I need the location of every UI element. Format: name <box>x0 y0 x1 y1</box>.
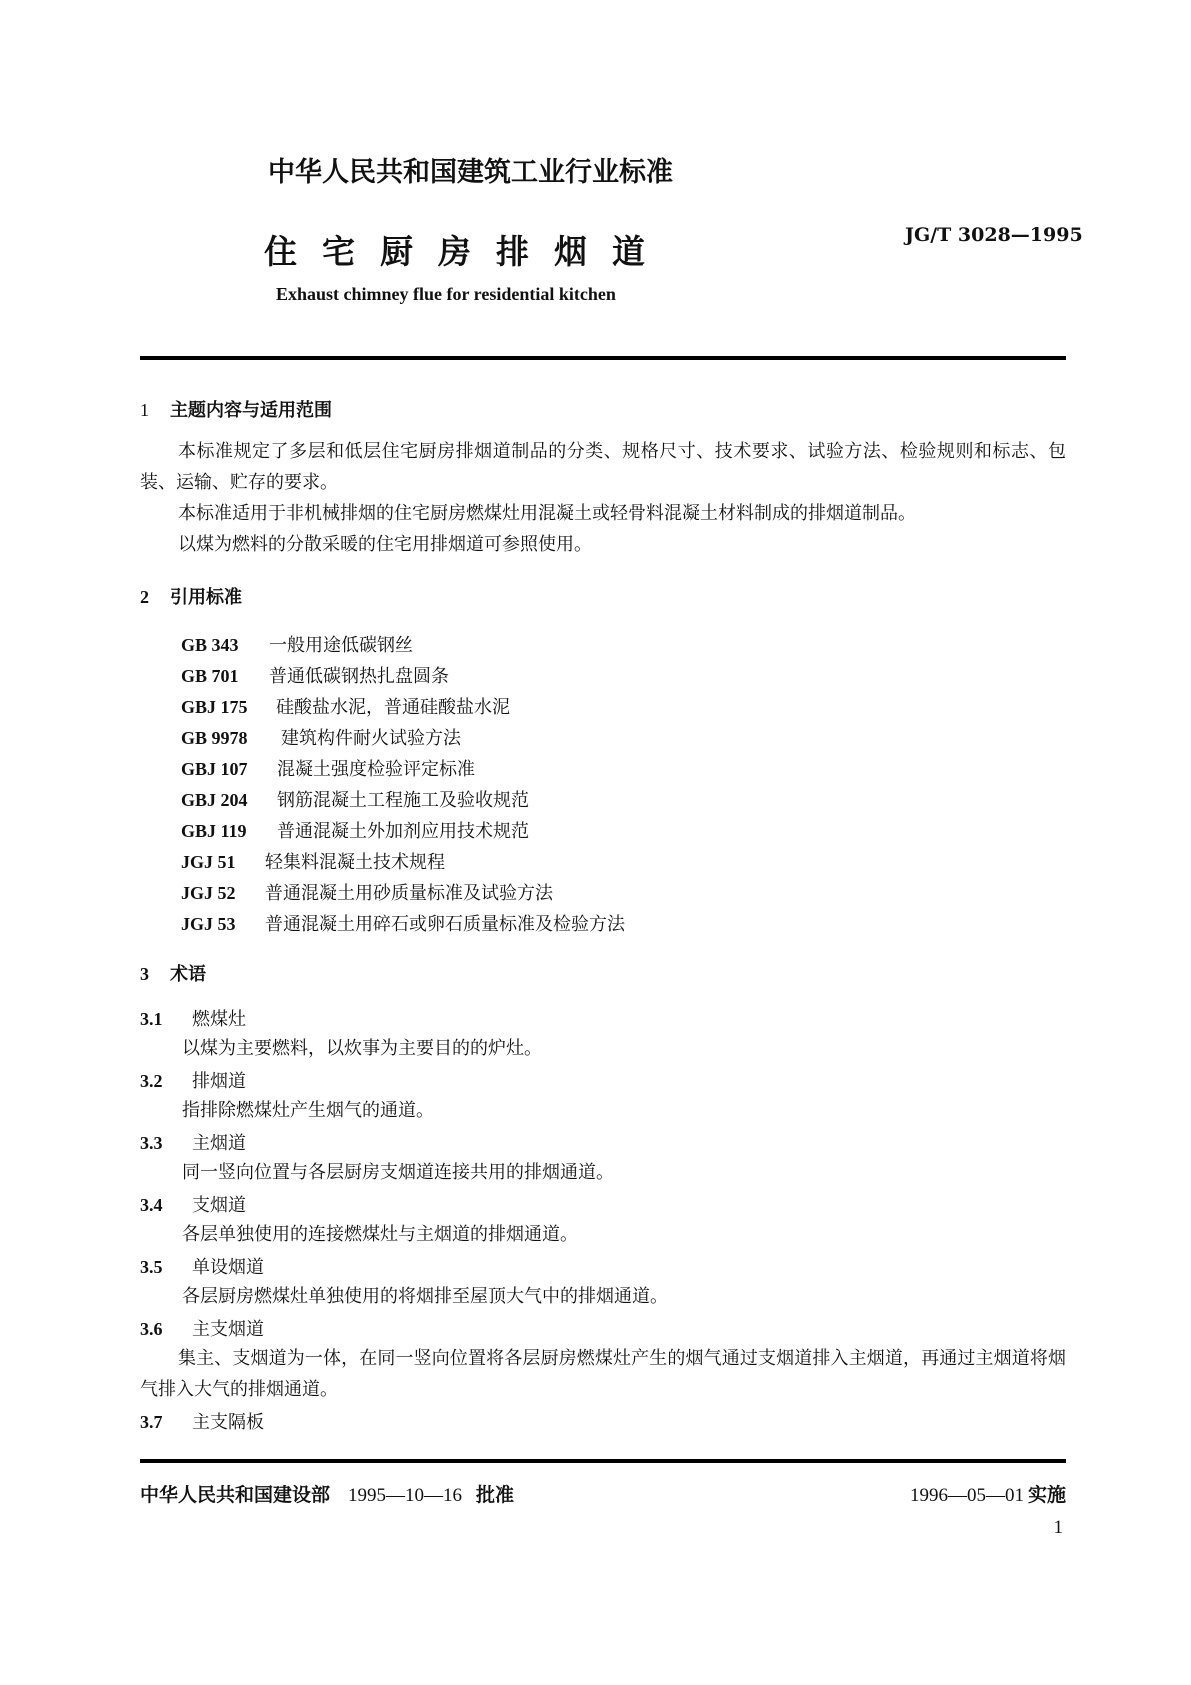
reference-name: 硅酸盐水泥，普通硅酸盐水泥 <box>276 697 510 718</box>
term-heading: 3.6主支烟道 <box>140 1315 264 1341</box>
reference-name: 轻集料混凝土技术规程 <box>265 852 445 873</box>
reference-name: 钢筋混凝土工程施工及验收规范 <box>277 790 529 811</box>
reference-item: GB 343一般用途低碳钢丝 <box>181 631 413 657</box>
reference-name: 普通混凝土用碎石或卵石质量标准及检验方法 <box>265 914 625 935</box>
reference-code: GBJ 204 <box>181 790 277 811</box>
reference-code: GBJ 107 <box>181 759 277 780</box>
approval-line: 中华人民共和国建设部1995—10—16批准 <box>140 1480 514 1507</box>
reference-name: 混凝土强度检验评定标准 <box>277 759 475 780</box>
standard-code: JG/T 3028—1995 <box>905 224 1083 246</box>
term-number: 3.1 <box>140 1009 192 1030</box>
reference-item: GB 9978建筑构件耐火试验方法 <box>181 724 461 750</box>
reference-item: JGJ 53普通混凝土用碎石或卵石质量标准及检验方法 <box>181 910 625 936</box>
term-definition: 集主、支烟道为一体，在同一竖向位置将各层厨房燃煤灶产生的烟气通过支烟道排入主烟道… <box>140 1343 1066 1405</box>
section-number: 1 <box>140 400 170 421</box>
reference-code: JGJ 51 <box>181 852 265 873</box>
reference-item: GB 701普通低碳钢热扎盘圆条 <box>181 662 449 688</box>
section-number: 3 <box>140 964 170 985</box>
term-number: 3.3 <box>140 1133 192 1154</box>
footer-divider <box>140 1459 1066 1463</box>
term-definition: 各层厨房燃煤灶单独使用的将烟排至屋顶大气中的排烟通道。 <box>182 1281 668 1312</box>
term-number: 3.7 <box>140 1412 192 1433</box>
term-number: 3.5 <box>140 1257 192 1278</box>
reference-name: 建筑构件耐火试验方法 <box>281 728 461 749</box>
reference-name: 普通低碳钢热扎盘圆条 <box>269 666 449 687</box>
term-name: 主烟道 <box>192 1133 246 1154</box>
term-heading: 3.3主烟道 <box>140 1129 246 1155</box>
term-definition: 以煤为主要燃料，以炊事为主要目的的炉灶。 <box>182 1033 542 1064</box>
reference-item: GBJ 119普通混凝土外加剂应用技术规范 <box>181 817 529 843</box>
term-definition: 各层单独使用的连接燃煤灶与主烟道的排烟通道。 <box>182 1219 578 1250</box>
reference-name: 一般用途低碳钢丝 <box>269 635 413 656</box>
term-definition: 指排除燃煤灶产生烟气的通道。 <box>182 1095 434 1126</box>
document-title-en: Exhaust chimney flue for residential kit… <box>276 284 616 305</box>
header-divider <box>140 356 1066 360</box>
reference-code: GB 9978 <box>181 728 281 749</box>
section-3-heading: 3术语 <box>140 960 206 986</box>
reference-item: GBJ 107混凝土强度检验评定标准 <box>181 755 475 781</box>
reference-code: GBJ 175 <box>181 697 276 718</box>
reference-item: JGJ 51轻集料混凝土技术规程 <box>181 848 445 874</box>
section-title: 主题内容与适用范围 <box>170 400 332 421</box>
effective-label: 实施 <box>1028 1484 1066 1506</box>
term-number: 3.4 <box>140 1195 192 1216</box>
term-name: 主支隔板 <box>192 1412 264 1433</box>
term-number: 3.2 <box>140 1071 192 1092</box>
term-name: 燃煤灶 <box>192 1009 246 1030</box>
section-1-paragraph-1: 本标准规定了多层和低层住宅厨房排烟道制品的分类、规格尺寸、技术要求、试验方法、检… <box>140 436 1066 498</box>
section-title: 术语 <box>170 964 206 985</box>
section-number: 2 <box>140 587 170 608</box>
section-2-heading: 2引用标准 <box>140 583 242 609</box>
reference-code: GBJ 119 <box>181 821 277 842</box>
document-title-cn: 住宅厨房排烟道 <box>264 226 670 273</box>
standard-org: 中华人民共和国建筑工业行业标准 <box>268 150 673 189</box>
reference-code: GB 343 <box>181 635 269 656</box>
term-heading: 3.4支烟道 <box>140 1191 246 1217</box>
reference-code: JGJ 52 <box>181 883 265 904</box>
reference-name: 普通混凝土外加剂应用技术规范 <box>277 821 529 842</box>
term-name: 支烟道 <box>192 1195 246 1216</box>
reference-code: JGJ 53 <box>181 914 265 935</box>
page-number: 1 <box>1054 1517 1064 1539</box>
reference-item: GBJ 175硅酸盐水泥，普通硅酸盐水泥 <box>181 693 510 719</box>
approval-label: 批准 <box>476 1484 514 1506</box>
term-name: 主支烟道 <box>192 1319 264 1340</box>
reference-item: JGJ 52普通混凝土用砂质量标准及试验方法 <box>181 879 553 905</box>
section-1-paragraph-3: 以煤为燃料的分散采暖的住宅用排烟道可参照使用。 <box>140 529 1066 560</box>
term-heading: 3.5单设烟道 <box>140 1253 264 1279</box>
term-definition: 同一竖向位置与各层厨房支烟道连接共用的排烟通道。 <box>182 1157 614 1188</box>
section-1-heading: 1主题内容与适用范围 <box>140 396 332 422</box>
section-title: 引用标准 <box>170 587 242 608</box>
effective-date: 1996—05—01 <box>910 1485 1024 1506</box>
approval-date: 1995—10—16 <box>348 1485 462 1506</box>
term-number: 3.6 <box>140 1319 192 1340</box>
term-heading: 3.2排烟道 <box>140 1067 246 1093</box>
reference-name: 普通混凝土用砂质量标准及试验方法 <box>265 883 553 904</box>
reference-code: GB 701 <box>181 666 269 687</box>
term-name: 排烟道 <box>192 1071 246 1092</box>
reference-item: GBJ 204钢筋混凝土工程施工及验收规范 <box>181 786 529 812</box>
term-name: 单设烟道 <box>192 1257 264 1278</box>
section-1-paragraph-2: 本标准适用于非机械排烟的住宅厨房燃煤灶用混凝土或轻骨料混凝土材料制成的排烟道制品… <box>140 498 1066 529</box>
term-heading: 3.7主支隔板 <box>140 1408 264 1434</box>
issuing-authority: 中华人民共和国建设部 <box>140 1484 330 1506</box>
term-heading: 3.1燃煤灶 <box>140 1005 246 1031</box>
effective-line: 1996—05—01实施 <box>910 1480 1066 1507</box>
